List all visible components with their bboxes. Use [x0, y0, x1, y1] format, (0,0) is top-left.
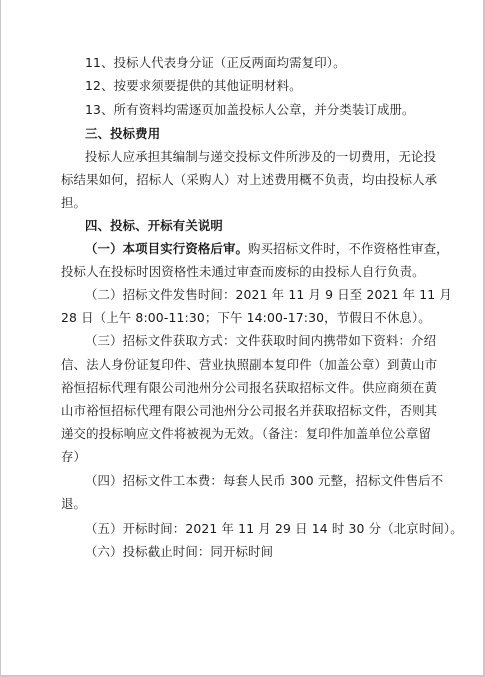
list-item-12: 12、按要求须要提供的其他证明材料。 — [85, 78, 302, 94]
section-heading-bid-cost: 三、投标费用 — [85, 126, 160, 142]
document-page: 11、投标人代表身分证（正反两面均需复印）。 12、按要求须要提供的其他证明材料… — [0, 0, 485, 677]
paragraph-line: 退。 — [61, 496, 86, 512]
paragraph-line: 存） — [61, 449, 86, 465]
paragraph-line: （一）本项目实行资格后审。购买招标文件时，不作资格性审查， — [85, 241, 449, 257]
paragraph-line: 裕恒招标代理有限公司池州分公司报名获取招标文件。供应商须在黄 — [61, 380, 424, 396]
paragraph-text: 购买招标文件时，不作资格性审查， — [248, 241, 449, 256]
paragraph-line: 标结果如何，招标人（采购人）对上述费用概不负责，均由投标人承 — [61, 172, 424, 188]
emphasis-text: （一）本项目实行资格后审。 — [85, 241, 248, 256]
paragraph-line: （四）招标文件工本费：每套人民币 300 元整，招标文件售后不 — [85, 473, 443, 489]
list-item-13: 13、所有资料均需逐页加盖投标人公章，并分类装订成册。 — [85, 102, 415, 118]
paragraph-line: 递交的投标响应文件将被视为无效。（备注：复印件加盖单位公章留 — [61, 426, 424, 442]
list-item-11: 11、投标人代表身分证（正反两面均需复印）。 — [85, 55, 346, 71]
paragraph-line: 信、法人身份证复印件、营业执照副本复印件（加盖公章）到黄山市 — [61, 357, 424, 373]
paragraph-line: 担。 — [61, 195, 86, 211]
paragraph-line: （三）招标文件获取方式：文件获取时间内携带如下资料：介绍 — [85, 333, 436, 349]
paragraph-line: 投标人在投标时因资格性未通过审查而废标的由投标人自行负责。 — [61, 264, 425, 280]
paragraph-line: （二）招标文件发售时间：2021 年 11 月 9 日至 2021 年 11 月 — [85, 287, 452, 303]
paragraph-line: 28 日（上午 8:00-11:30；下午 14:00-17:30，节假日不休息… — [61, 310, 431, 326]
paragraph-line: 山市裕恒招标代理有限公司池州分公司报名并获取招标文件，否则其 — [61, 403, 424, 419]
paragraph-line: （五）开标时间：2021 年 11 月 29 日 14 时 30 分（北京时间）… — [85, 521, 463, 537]
section-heading-bid-opening: 四、投标、开标有关说明 — [85, 218, 223, 234]
paragraph-line: 投标人应承担其编制与递交投标文件所涉及的一切费用，无论投 — [85, 149, 436, 165]
paragraph-line: （六）投标截止时间：同开标时间 — [85, 544, 273, 560]
